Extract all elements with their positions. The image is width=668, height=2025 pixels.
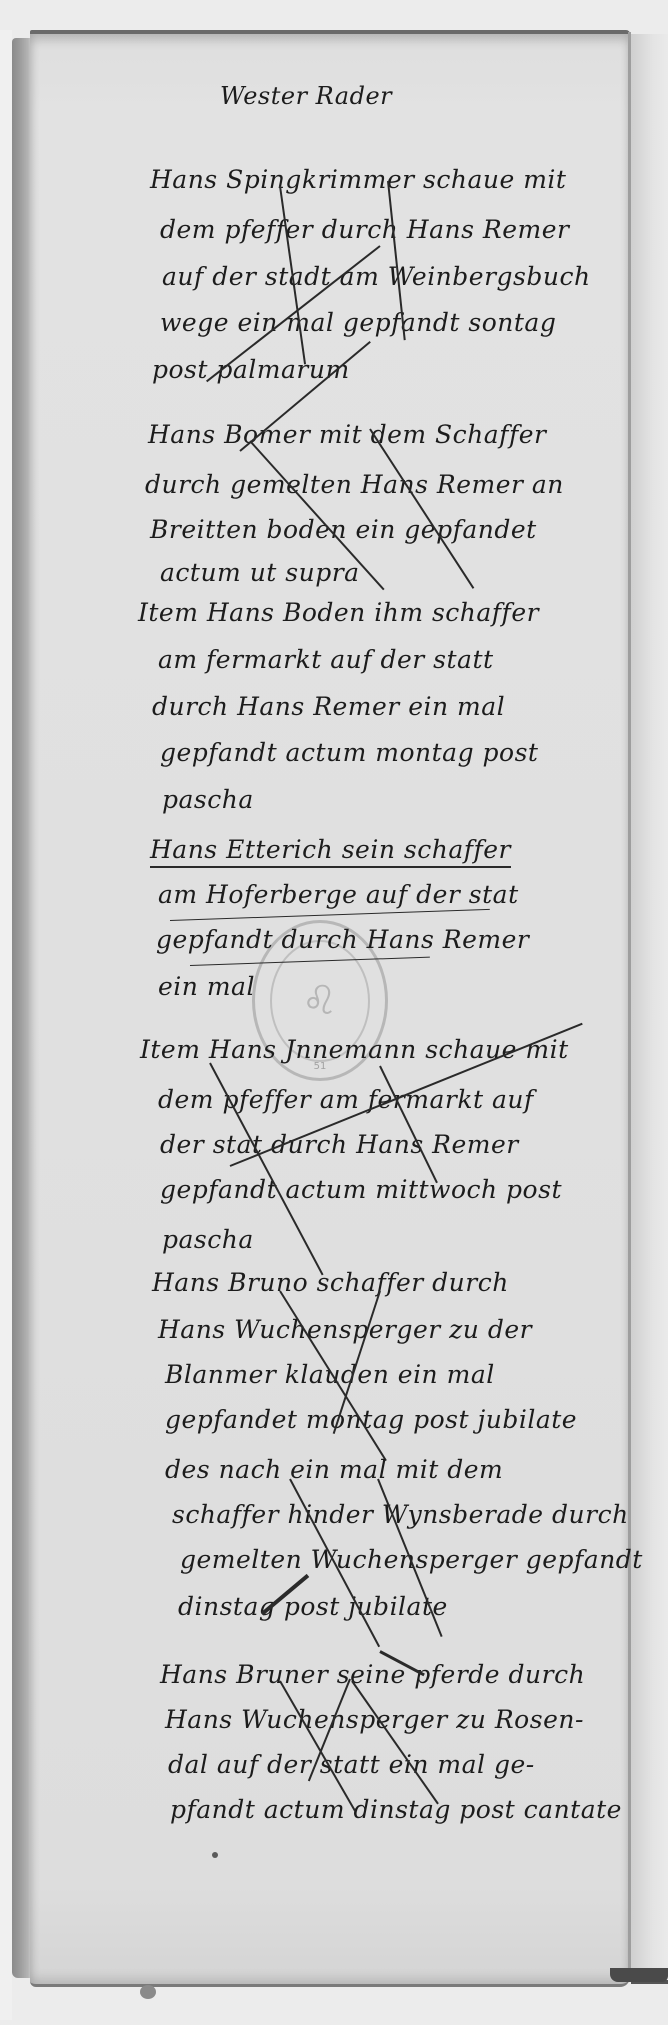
entry-line: pfandt actum dinstag post cantate xyxy=(170,1795,622,1824)
adjacent-page-corner xyxy=(610,1968,668,1982)
entry-line: Hans Bruner seine pferde durch xyxy=(160,1660,585,1689)
entry-line: Hans Spingkrimmer schaue mit xyxy=(150,165,566,194)
book-binding-edge xyxy=(12,38,32,1978)
entry-line: actum ut supra xyxy=(160,558,360,587)
entry-line: durch Hans Remer ein mal xyxy=(152,692,505,721)
scanner-margin xyxy=(0,30,12,2020)
entry-line: der stat durch Hans Remer xyxy=(160,1130,519,1159)
entry-line: post palmarum xyxy=(152,355,350,384)
lion-emblem-icon: ♌ xyxy=(302,981,339,1021)
entry-line: ein mal xyxy=(158,972,255,1001)
entry-line: dal auf der statt ein mal ge- xyxy=(168,1750,535,1779)
adjacent-page-edge xyxy=(631,34,668,1984)
entry-line: durch gemelten Hans Remer an xyxy=(145,470,564,499)
entry-line: Hans Bruno schaffer durch xyxy=(152,1268,509,1297)
entry-line: Hans Bomer mit dem Schaffer xyxy=(148,420,546,449)
entry-line: Breitten boden ein gepfandet xyxy=(150,515,537,544)
entry-line: gepfandet montag post jubilate xyxy=(165,1405,577,1434)
entry-line: pascha xyxy=(162,785,254,814)
page-heading: Wester Rader xyxy=(220,82,392,110)
entry-line: Item Hans Jnnemann schaue mit xyxy=(140,1035,569,1064)
entry-line: dem pfeffer durch Hans Remer xyxy=(160,215,569,244)
entry-line: dinstag post jubilate xyxy=(178,1592,448,1621)
manuscript-scan: ♌ 51 Wester Rader Hans Spingkrimmer scha… xyxy=(0,0,668,2025)
entry-line: gepfandt actum montag post xyxy=(160,738,538,767)
paper-speck xyxy=(212,1852,218,1858)
entry-line: schaffer hinder Wynsberade durch xyxy=(172,1500,629,1529)
entry-line: dem pfeffer am fermarkt auf xyxy=(158,1085,534,1114)
entry-line: Hans Etterich sein schaffer xyxy=(150,835,511,868)
entry-line: Item Hans Boden ihm schaffer xyxy=(138,598,539,627)
entry-line: auf der stadt am Weinbergsbuch xyxy=(162,262,591,291)
entry-line: am Hoferberge auf der stat xyxy=(158,880,519,909)
entry-line: gepfandt durch Hans Remer xyxy=(156,925,529,954)
entry-line: wege ein mal gepfandt sontag xyxy=(160,308,556,337)
entry-line: am fermarkt auf der statt xyxy=(158,645,494,674)
entry-line: Hans Wuchensperger zu Rosen- xyxy=(165,1705,584,1734)
paper-stain xyxy=(140,1985,156,1999)
entry-line: Blanmer klauden ein mal xyxy=(165,1360,495,1389)
entry-line: gepfandt actum mittwoch post xyxy=(160,1175,562,1204)
entry-line: des nach ein mal mit dem xyxy=(165,1455,503,1484)
entry-line: pascha xyxy=(162,1225,254,1254)
entry-line: Hans Wuchensperger zu der xyxy=(158,1315,532,1344)
